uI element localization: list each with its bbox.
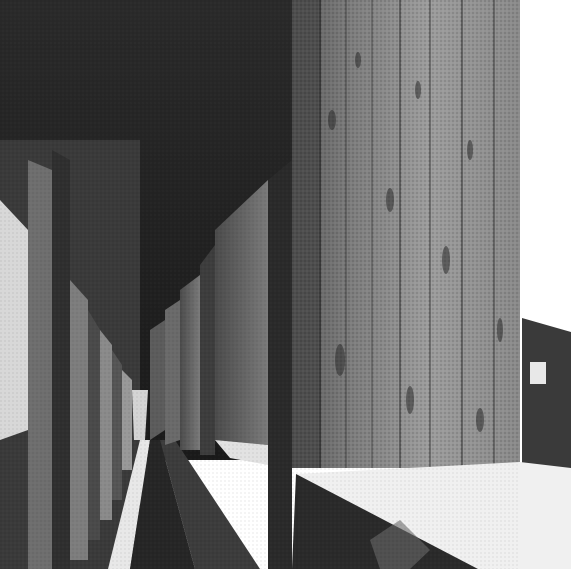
architectural-photo <box>0 0 571 569</box>
halftone-grain-overlay <box>0 0 520 569</box>
background-building <box>522 318 571 470</box>
